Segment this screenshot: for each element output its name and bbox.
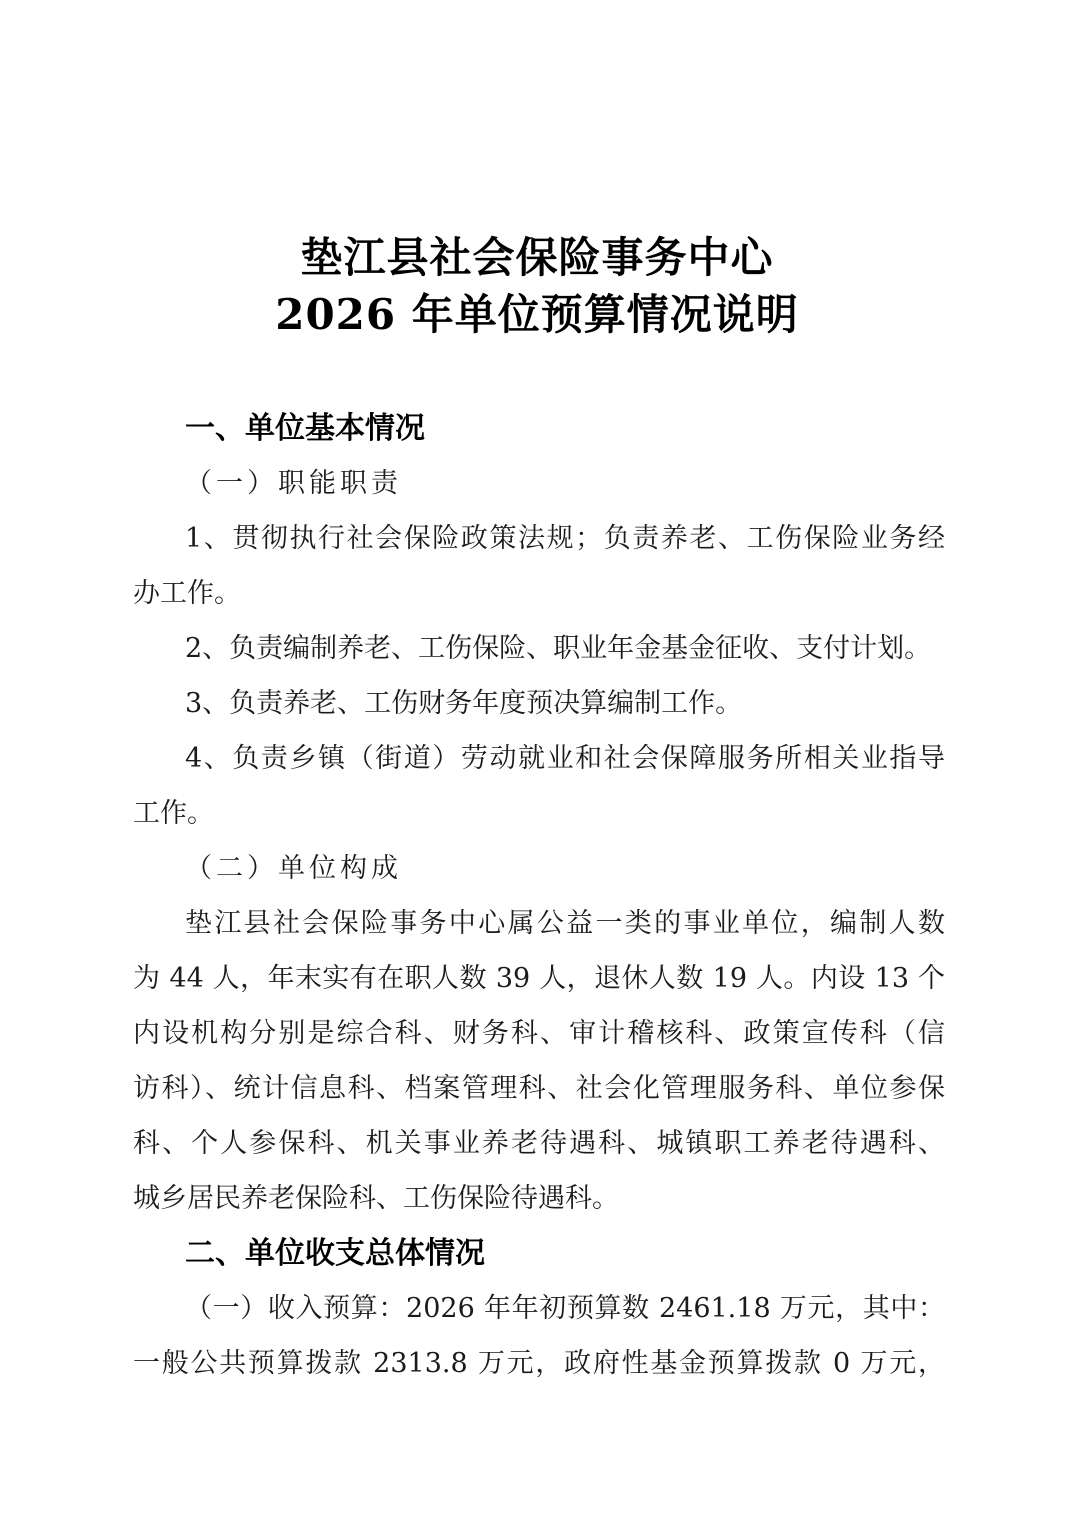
document-body: 一、单位基本情况 （一）职能职责 1、贯彻执行社会保险政策法规；负责养老、工伤保… <box>133 401 945 1391</box>
section-heading-1: 一、单位基本情况 <box>133 401 945 456</box>
para-5-line-5: 科、个人参保科、机关事业养老待遇科、城镇职工养老待遇科、 <box>133 1116 945 1171</box>
para-5-line-1: 垫江县社会保险事务中心属公益一类的事业单位，编制人数 <box>133 896 945 951</box>
para-2-line-1: 2、负责编制养老、工伤保险、职业年金基金征收、支付计划。 <box>133 621 945 676</box>
section-heading-2: 二、单位收支总体情况 <box>133 1226 945 1281</box>
para-1-line-2: 办工作。 <box>133 566 945 621</box>
para-6-line-2: 一般公共预算拨款 2313.8 万元，政府性基金预算拨款 0 万元， <box>133 1336 945 1391</box>
para-6-line-1: （一）收入预算：2026 年年初预算数 2461.18 万元，其中： <box>133 1281 945 1336</box>
para-5-line-6: 城乡居民养老保险科、工伤保险待遇科。 <box>133 1171 945 1226</box>
para-1-line-1: 1、贯彻执行社会保险政策法规；负责养老、工伤保险业务经 <box>133 511 945 566</box>
para-4-line-2: 工作。 <box>133 786 945 841</box>
subsection-heading-1-2: （二）单位构成 <box>133 841 945 896</box>
para-5-line-4: 访科）、统计信息科、档案管理科、社会化管理服务科、单位参保 <box>133 1061 945 1116</box>
para-5-line-2: 为 44 人，年末实有在职人数 39 人，退休人数 19 人。内设 13 个 <box>133 951 945 1006</box>
para-3-line-1: 3、负责养老、工伤财务年度预决算编制工作。 <box>133 676 945 731</box>
para-4-line-1: 4、负责乡镇（街道）劳动就业和社会保障服务所相关业指导 <box>133 731 945 786</box>
title-line-1: 垫江县社会保险事务中心 <box>0 229 1074 286</box>
subsection-heading-1-1: （一）职能职责 <box>133 456 945 511</box>
document-title: 垫江县社会保险事务中心 2026 年单位预算情况说明 <box>0 0 1074 343</box>
title-line-2: 2026 年单位预算情况说明 <box>0 286 1074 343</box>
para-5-line-3: 内设机构分别是综合科、财务科、审计稽核科、政策宣传科（信 <box>133 1006 945 1061</box>
document-page: 垫江县社会保险事务中心 2026 年单位预算情况说明 一、单位基本情况 （一）职… <box>0 0 1074 1520</box>
